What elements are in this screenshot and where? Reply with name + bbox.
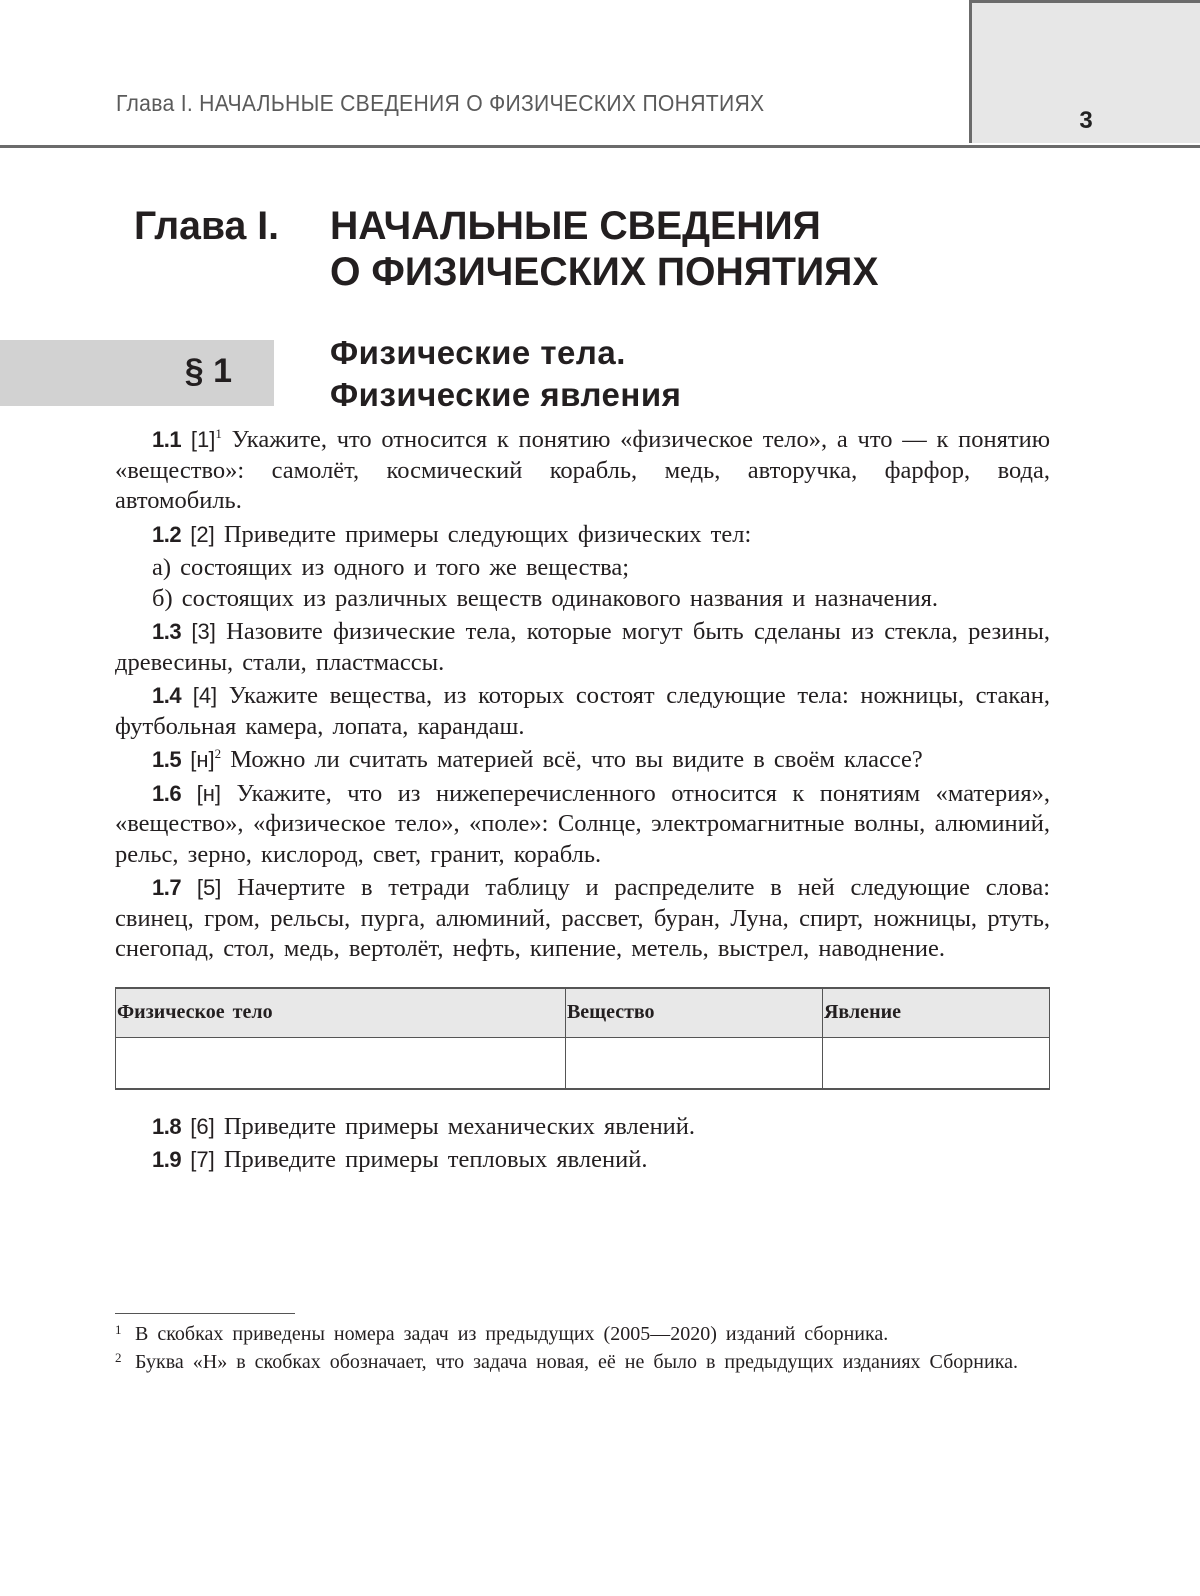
task-text: Назовите физические тела, которые могут … [115, 618, 1050, 676]
footnote-ref: 2 [215, 746, 222, 761]
task-ref: [н] [190, 747, 214, 772]
table-header-substance: Вещество [565, 988, 822, 1038]
task-1-1: 1.1 [1]1 Укажите, что относится к поняти… [115, 425, 1050, 517]
task-text: Приведите примеры тепловых явлений. [224, 1146, 648, 1173]
page-number: 3 [972, 107, 1200, 135]
table-header-physical-body: Физическое тело [116, 988, 566, 1038]
task-1-2: 1.2 [2] Приведите примеры следующих физи… [115, 520, 1050, 551]
tasks-content: 1.1 [1]1 Укажите, что относится к поняти… [115, 425, 1050, 1179]
task-number: 1.6 [152, 781, 181, 806]
task-number: 1.5 [152, 747, 181, 772]
footnote-mark: 1 [115, 1316, 122, 1344]
task-1-7: 1.7 [5] Начертите в тетради таблицу и ра… [115, 873, 1050, 965]
table-row [116, 1037, 1050, 1089]
task-1-9: 1.9 [7] Приведите примеры тепловых явлен… [115, 1145, 1050, 1176]
footnotes: 1В скобках приведены номера задач из пре… [115, 1313, 1050, 1376]
footnote-1: 1В скобках приведены номера задач из пре… [115, 1320, 1050, 1348]
task-1-4: 1.4 [4] Укажите вещества, из которых сос… [115, 681, 1050, 742]
task-ref: [7] [190, 1147, 214, 1172]
task-1-2-a: а) состоящих из одного и того же веществ… [115, 553, 1050, 584]
task-number: 1.1 [152, 427, 181, 452]
section-title-line2: Физические явления [330, 374, 681, 416]
task-text: Укажите, что относится к понятию «физиче… [115, 426, 1050, 514]
task-ref: [н] [197, 781, 221, 806]
chapter-label: Глава I. [134, 203, 330, 249]
task-1-8: 1.8 [6] Приведите примеры механических я… [115, 1112, 1050, 1143]
task-text: Укажите, что из нижеперечисленного относ… [115, 780, 1050, 868]
task-1-5: 1.5 [н]2 Можно ли считать материей всё, … [115, 745, 1050, 776]
footnote-mark: 2 [115, 1344, 122, 1372]
task-number: 1.4 [152, 683, 181, 708]
task-1-6: 1.6 [н] Укажите, что из нижеперечисленно… [115, 779, 1050, 871]
footnote-text: В скобках приведены номера задач из пред… [135, 1323, 888, 1345]
footnote-ref: 1 [215, 426, 222, 441]
task-number: 1.2 [152, 522, 181, 547]
task-number: 1.8 [152, 1114, 181, 1139]
table-cell [822, 1037, 1049, 1089]
task-number: 1.9 [152, 1147, 181, 1172]
classification-table: Физическое тело Вещество Явление [115, 987, 1050, 1090]
task-number: 1.7 [152, 875, 181, 900]
task-ref: [5] [197, 875, 221, 900]
footnote-rule [115, 1313, 295, 1314]
chapter-title-line2: О ФИЗИЧЕСКИХ ПОНЯТИЯХ [134, 249, 878, 295]
task-1-2-b: б) состоящих из различных веществ одинак… [115, 584, 1050, 615]
task-ref: [1] [191, 427, 215, 452]
table-header-phenomenon: Явление [822, 988, 1049, 1038]
section-number: § 1 [185, 352, 232, 391]
task-text: Приведите примеры следующих физических т… [224, 521, 751, 548]
chapter-heading: Глава I.НАЧАЛЬНЫЕ СВЕДЕНИЯ О ФИЗИЧЕСКИХ … [134, 203, 878, 295]
task-1-3: 1.3 [3] Назовите физические тела, которы… [115, 617, 1050, 678]
chapter-title-line1: НАЧАЛЬНЫЕ СВЕДЕНИЯ [330, 204, 821, 248]
task-ref: [6] [190, 1114, 214, 1139]
running-header: Глава I. НАЧАЛЬНЫЕ СВЕДЕНИЯ О ФИЗИЧЕСКИХ… [0, 0, 1200, 148]
footnote-2: 2Буква «Н» в скобках обозначает, что зад… [115, 1348, 1050, 1376]
task-ref: [2] [190, 522, 214, 547]
task-text: Приведите примеры механических явлений. [224, 1113, 695, 1140]
page-number-box: 3 [969, 0, 1200, 143]
table-cell [116, 1037, 566, 1089]
table-cell [565, 1037, 822, 1089]
task-text: Начертите в тетради таблицу и распредели… [115, 874, 1050, 962]
task-number: 1.3 [152, 619, 181, 644]
task-text: Можно ли считать материей всё, что вы ви… [230, 746, 923, 773]
running-title: Глава I. НАЧАЛЬНЫЕ СВЕДЕНИЯ О ФИЗИЧЕСКИХ… [116, 90, 764, 117]
section-number-box: § 1 [0, 340, 274, 406]
section-title-line1: Физические тела. [330, 332, 681, 374]
footnote-text: Буква «Н» в скобках обозначает, что зада… [135, 1351, 1018, 1373]
section-title: Физические тела. Физические явления [330, 332, 681, 416]
task-text: Укажите вещества, из которых состоят сле… [115, 682, 1050, 740]
task-ref: [4] [193, 683, 217, 708]
task-ref: [3] [191, 619, 215, 644]
